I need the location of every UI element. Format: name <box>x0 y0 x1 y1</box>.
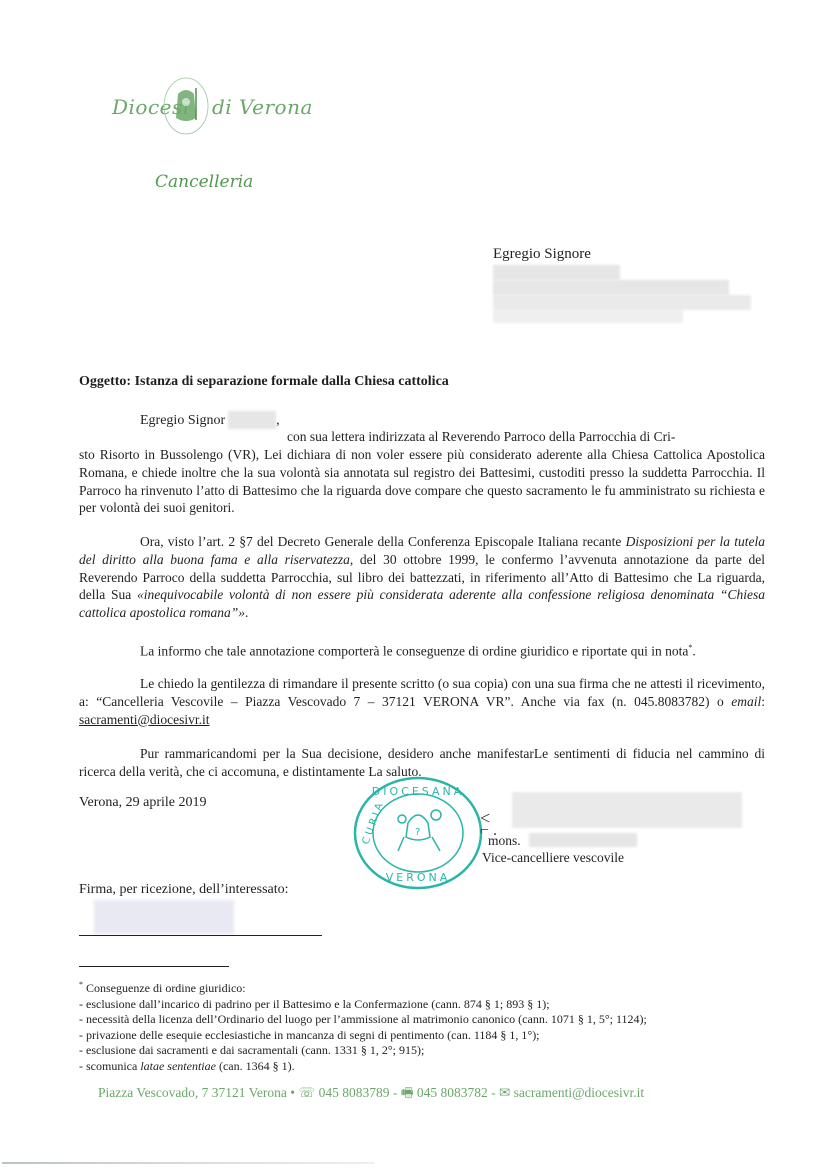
p4-text-b: : <box>761 694 765 709</box>
footnote-item: - esclusione dall’incarico di padrino pe… <box>79 997 779 1013</box>
salutation-text: Egregio Signor <box>140 413 225 428</box>
signer-prefix: mons. <box>488 833 637 849</box>
paragraph-2: Ora, visto l’art. 2 §7 del Decreto Gener… <box>79 533 765 622</box>
paragraph-3: La informo che tale annotazione comporte… <box>79 639 765 660</box>
signature-line[interactable] <box>79 935 322 936</box>
p3-end: . <box>692 644 695 659</box>
signer-role: Vice-cancelliere vescovile <box>482 850 624 866</box>
curia-stamp-icon: DIOCESANA CURIA VERONA ? <box>352 775 484 891</box>
scan-edge-line <box>2 1162 374 1164</box>
fax-icon: 🖷 <box>401 1085 414 1100</box>
receipt-label: Firma, per ricezione, dell’interessato: <box>79 882 289 898</box>
footnote-title: * Conseguenze di ordine giuridico: <box>79 977 779 997</box>
footnote-rule <box>79 966 229 967</box>
svg-text:VERONA: VERONA <box>386 871 451 884</box>
footnote-item: - scomunica latae sententiae (can. 1364 … <box>79 1059 779 1075</box>
p2-text-c: . <box>245 605 248 620</box>
saint-zeno-seal-icon <box>162 76 210 136</box>
footnote-title-text: Conseguenze di ordine giuridico: <box>86 981 246 995</box>
footnote-item: - necessità della licenza dell’Ordinario… <box>79 1012 779 1028</box>
footer-email[interactable]: sacramenti@diocesivr.it <box>514 1085 645 1100</box>
svg-text:?: ? <box>415 827 420 838</box>
subject-line: Oggetto: Istanza di separazione formale … <box>79 374 449 390</box>
paragraph-1-lead: con sua lettera indirizzata al Reverendo… <box>287 429 675 445</box>
footer-address: Piazza Vescovado, 7 37121 Verona • <box>98 1085 295 1100</box>
svg-text:DIOCESANA: DIOCESANA <box>372 785 464 798</box>
signer-prefix-text: mons. <box>488 833 521 848</box>
footnote-last-prefix: - scomunica <box>79 1059 140 1073</box>
redacted-receipt-signature <box>94 900 234 934</box>
footer-phone: 045 8083789 - <box>319 1085 398 1100</box>
redacted-signer-name <box>529 833 637 847</box>
footer-contact: Piazza Vescovado, 7 37121 Verona • ☏ 045… <box>98 1083 644 1106</box>
salutation: Egregio Signor, <box>140 411 280 429</box>
email-link[interactable]: sacramenti@diocesivr.it <box>79 712 210 727</box>
redacted-address-line-4 <box>493 310 683 323</box>
department-name: Cancelleria <box>155 172 253 192</box>
footnote-last-suffix: (can. 1364 § 1). <box>216 1059 295 1073</box>
redacted-address-line-3 <box>493 295 751 310</box>
footnote-item: - privazione delle esequie ecclesiastich… <box>79 1028 779 1044</box>
footnote-marker: * <box>79 980 83 989</box>
paragraph-1: sto Risorto in Bussolengo (VR), Lei dich… <box>79 446 765 517</box>
paragraph-4: Le chiedo la gentilezza di rimandare il … <box>79 675 765 728</box>
footnote-item: - esclusione dai sacramenti e dai sacram… <box>79 1043 779 1059</box>
redacted-address-line-2 <box>493 280 729 295</box>
redacted-signature <box>512 792 742 828</box>
letter-date: Verona, 29 aprile 2019 <box>79 795 207 811</box>
p4-text-a: Le chiedo la gentilezza di rimandare il … <box>79 676 765 709</box>
p3-text: La informo che tale annotazione comporte… <box>140 644 688 659</box>
footnote-last-italic: latae sententiae <box>140 1059 216 1073</box>
redacted-name <box>228 411 276 429</box>
email-icon: ✉ <box>499 1085 510 1100</box>
redacted-address-line-1 <box>493 265 620 280</box>
p2-text-a: Ora, visto l’art. 2 §7 del Decreto Gener… <box>140 534 626 549</box>
letterhead-verona: di Verona <box>212 95 313 119</box>
p4-italic-email: email <box>731 694 761 709</box>
footer-fax: 045 8083782 - <box>417 1085 496 1100</box>
footnotes: * Conseguenze di ordine giuridico: - esc… <box>79 977 779 1075</box>
p2-italic-quote: «inequivocabile volontà di non essere pi… <box>79 587 765 620</box>
phone-icon: ☏ <box>298 1085 315 1100</box>
recipient-title: Egregio Signore <box>493 246 591 263</box>
